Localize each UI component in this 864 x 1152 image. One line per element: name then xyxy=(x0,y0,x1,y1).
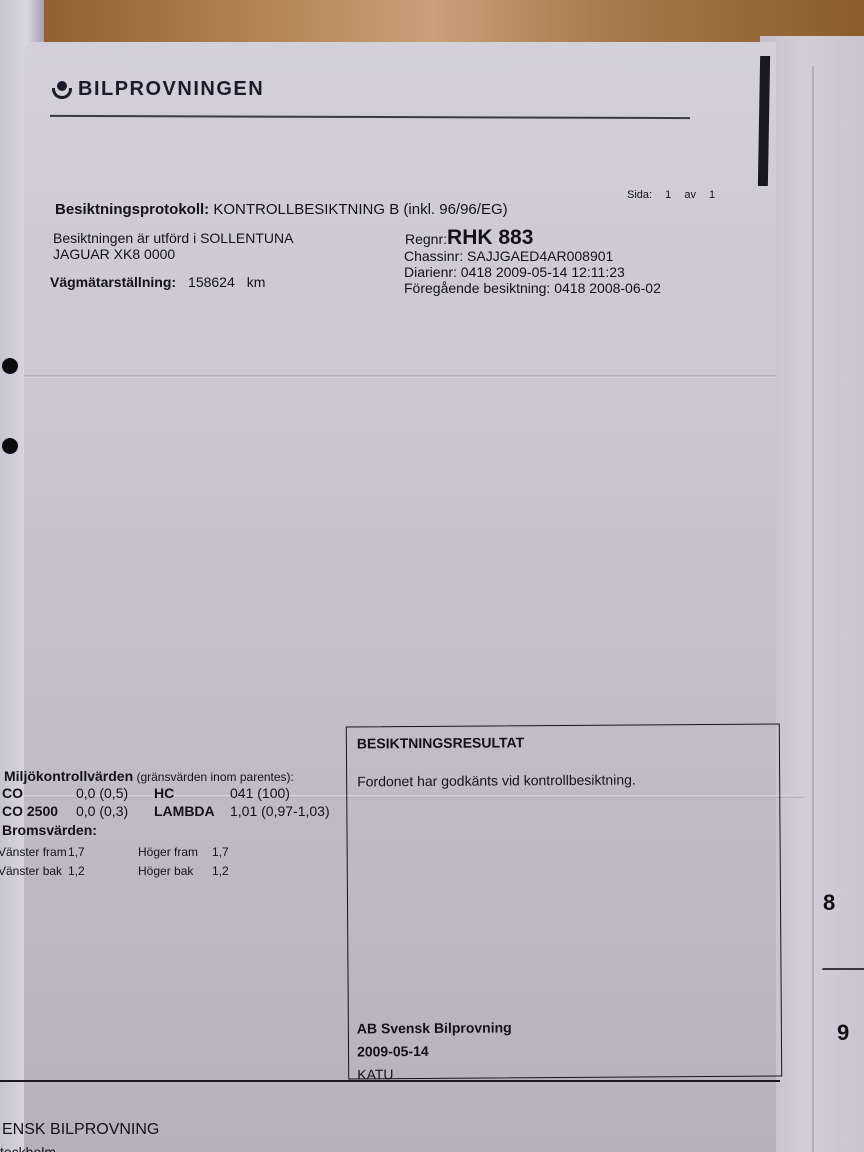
vehicle-model: JAGUAR XK8 0000 xyxy=(53,246,293,262)
inspection-location: Besiktningen är utförd i SOLLENTUNA JAGU… xyxy=(53,230,293,262)
page-indicator: Sida: 1 av 1 xyxy=(627,189,725,201)
brake-row: Vänster bak 1,2 Höger bak 1,2 xyxy=(0,862,238,881)
previous-inspection: Föregående besiktning: 0418 2008-06-02 xyxy=(404,280,661,296)
paper-fold xyxy=(24,375,776,378)
footer-company: ENSK BILPROVNING xyxy=(2,1121,159,1139)
vehicle-identifiers: Chassinr: SAJJGAED4AR008901 Diarienr: 04… xyxy=(404,248,661,296)
binder-tab-divider xyxy=(822,968,864,970)
brake-values: Vänster fram 1,7 Höger fram 1,7 Vänster … xyxy=(0,843,238,881)
environment-title: Miljökontrollvärden (gränsvärden inom pa… xyxy=(4,768,294,784)
punch-hole xyxy=(2,438,18,454)
odometer-reading: Vägmätarställning:158624km xyxy=(50,274,265,290)
brakes-title: Bromsvärden: xyxy=(2,822,97,838)
protocol-title: Besiktningsprotokoll: KONTROLLBESIKTNING… xyxy=(55,201,508,218)
brake-row: Vänster fram 1,7 Höger fram 1,7 xyxy=(0,843,238,862)
punch-hole xyxy=(2,358,18,374)
logo: BILPROVNINGEN xyxy=(52,78,264,101)
footer-divider xyxy=(0,1080,780,1082)
footer-city: tockholm xyxy=(0,1144,56,1152)
logo-text: BILPROVNINGEN xyxy=(78,78,264,101)
diary-number: Diarienr: 0418 2009-05-14 12:11:23 xyxy=(404,264,661,280)
binder-tab-9: 9 xyxy=(837,1020,849,1046)
registration-number: Regnr:RHK 883 xyxy=(405,226,533,250)
bilprovningen-logo-icon xyxy=(52,81,72,99)
emission-row: CO 2500 0,0 (0,3) LAMBDA 1,01 (0,97-1,03… xyxy=(2,802,342,820)
chassis-number: Chassinr: SAJJGAED4AR008901 xyxy=(404,248,661,264)
emission-values: CO 0,0 (0,5) HC 041 (100) CO 2500 0,0 (0… xyxy=(2,784,342,820)
result-title: BESIKTNINGSRESULTAT xyxy=(357,734,524,751)
binder-tab-8: 8 xyxy=(823,890,835,916)
emission-row: CO 0,0 (0,5) HC 041 (100) xyxy=(2,784,342,802)
result-signature: AB Svensk Bilprovning 2009-05-14 KATU xyxy=(357,1016,512,1086)
result-text: Fordonet har godkänts vid kontrollbesikt… xyxy=(357,771,636,789)
inspection-result-box: BESIKTNINGSRESULTAT Fordonet har godkänt… xyxy=(346,723,782,1079)
